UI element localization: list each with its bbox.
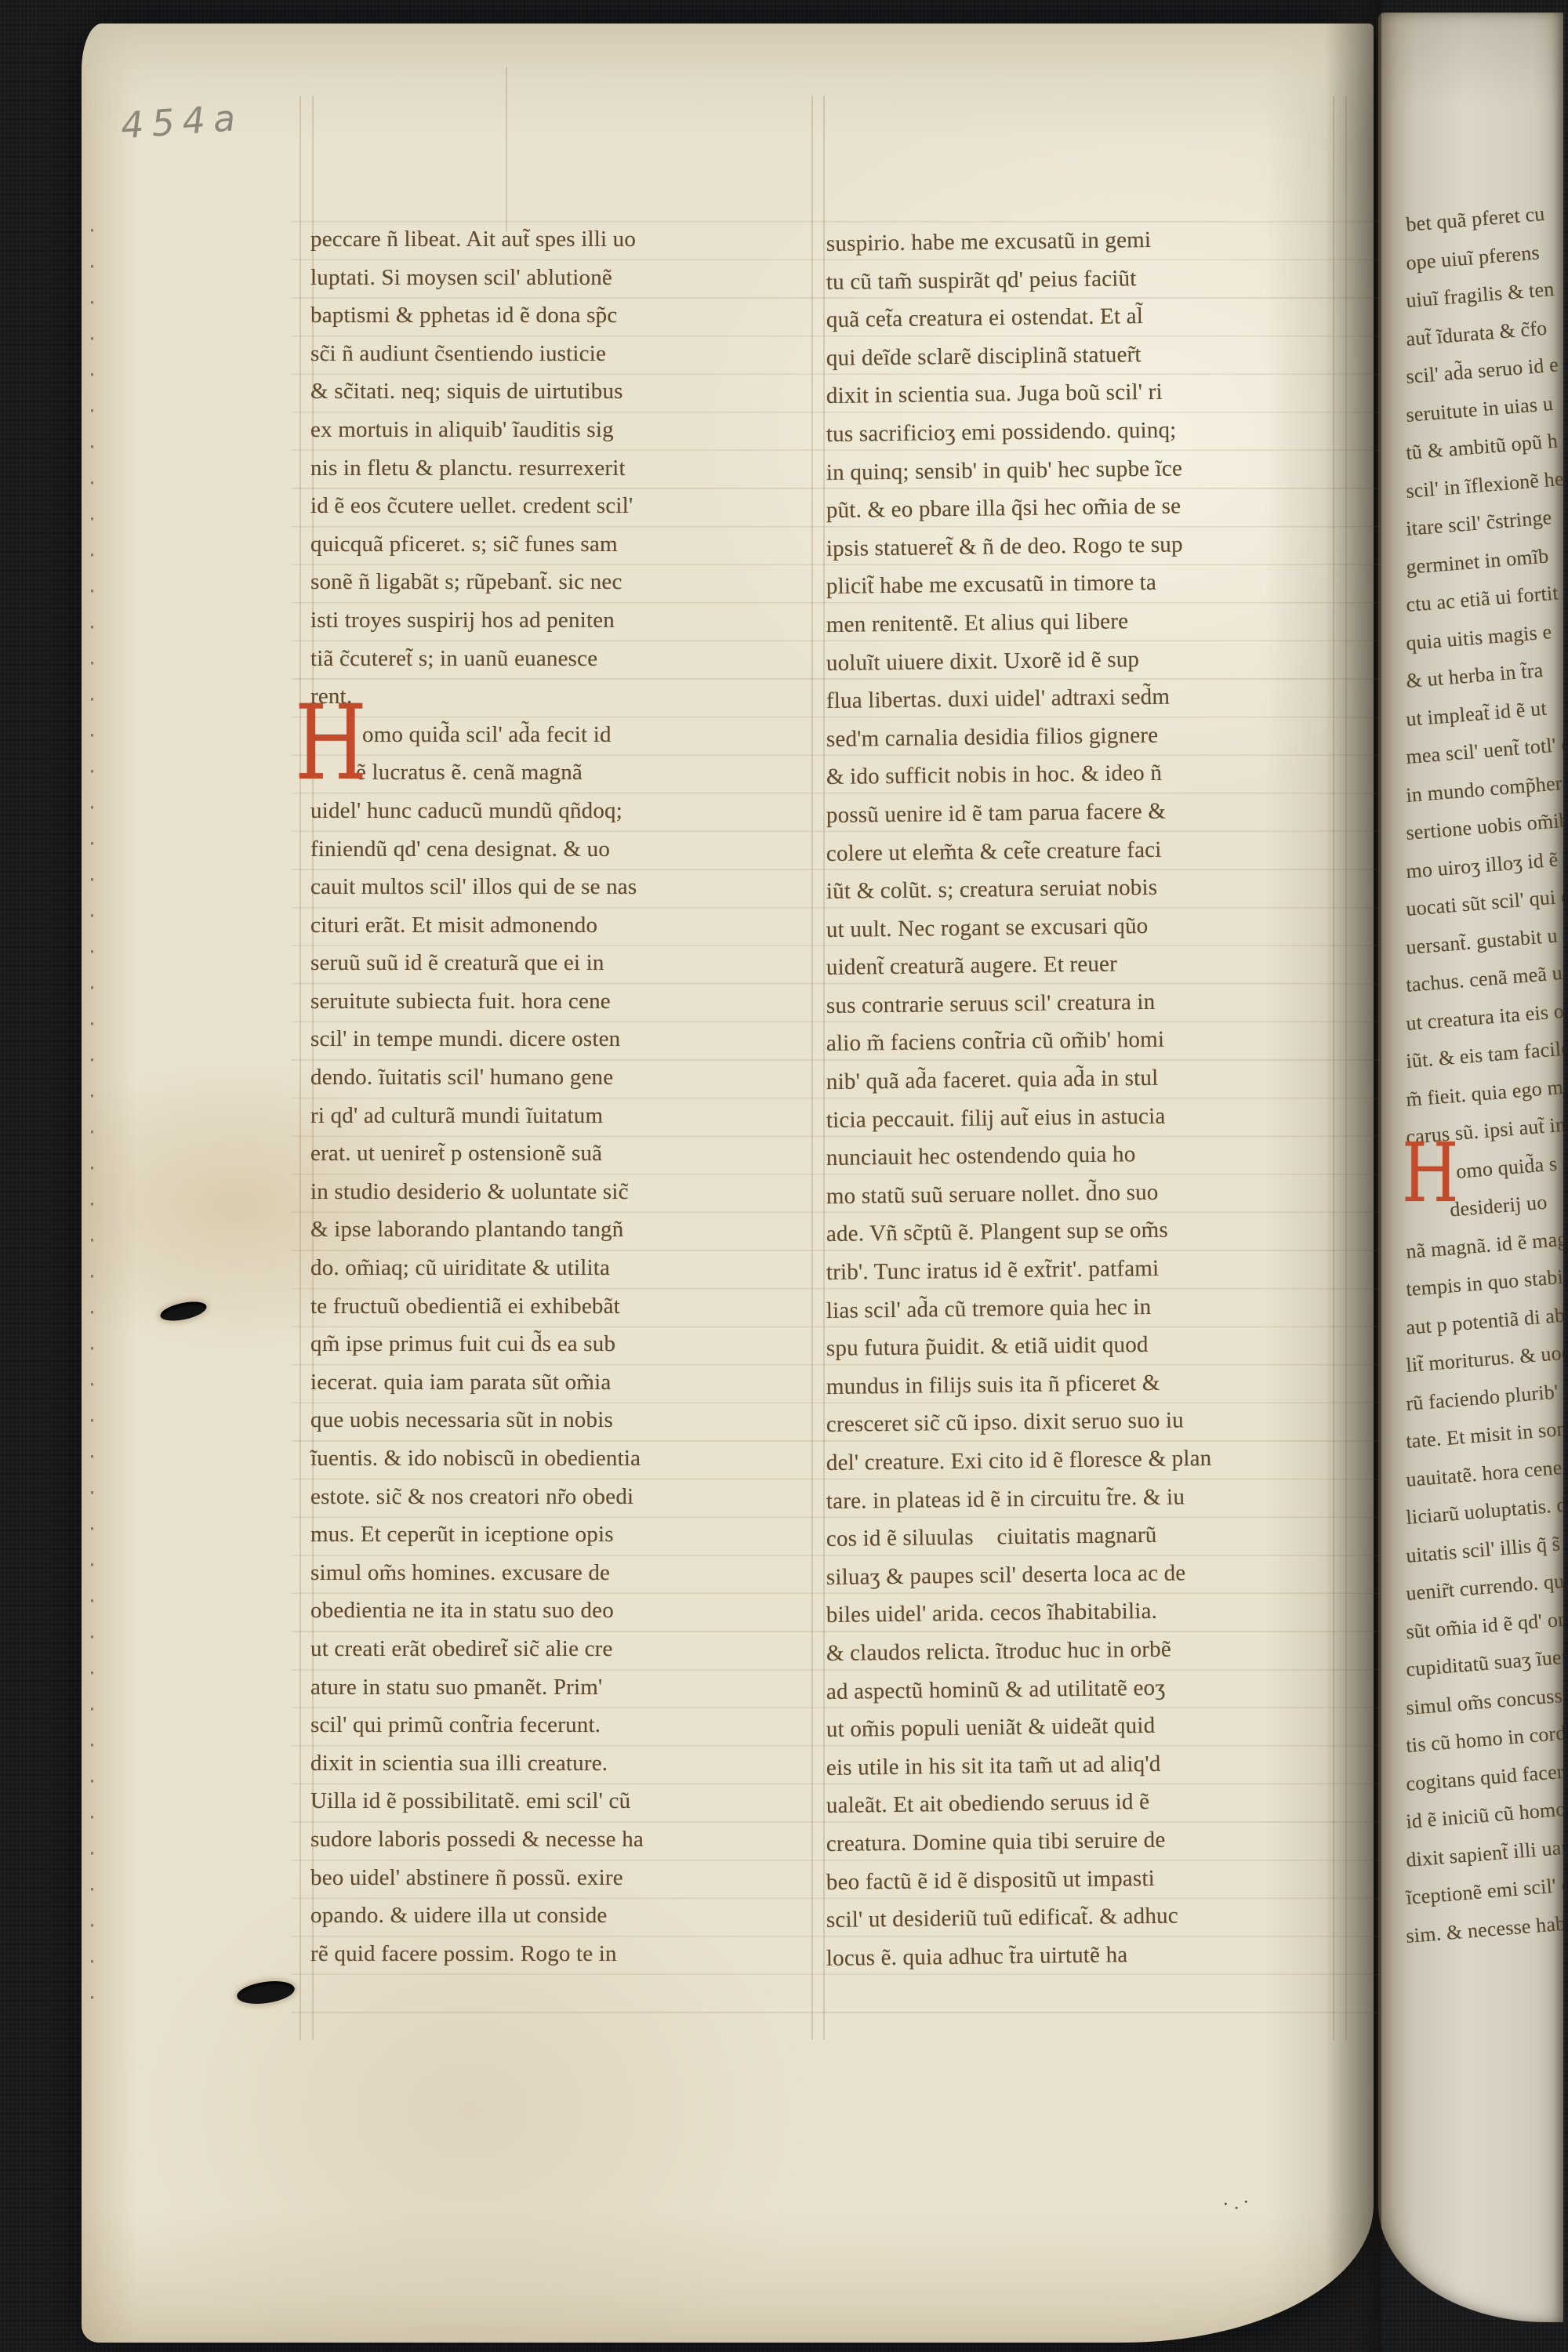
manuscript-line: siluaʒ & paupes scil' deserta loca ac de [826, 1553, 1348, 1598]
manuscript-line: & claudos relicta. ĩtroduc huc in orbẽ [826, 1629, 1348, 1674]
manuscript-line: quicquã pficeret. s; sic̃ funes sam [310, 526, 828, 564]
shelfmark: 454a [119, 96, 244, 147]
manuscript-line: uoluĩt uiuere dixit. Uxorẽ id ẽ sup [826, 638, 1348, 683]
manuscript-line: cauit multos scil' illos qui de se nas [310, 869, 828, 907]
manuscript-line: locus ẽ. quia adhuc t̃ra uirtutẽ ha [826, 1934, 1348, 1979]
manuscript-line: peccare ñ libeat. Ait aut̃ spes illi uo [310, 221, 828, 260]
manuscript-line: sed'm carnalia desidia filios gignere [826, 715, 1348, 760]
text-column-left: peccare ñ libeat. Ait aut̃ spes illi uol… [310, 221, 828, 1973]
manuscript-line: nib' quã ad̃a faceret. quia ad̃a in stul [826, 1058, 1348, 1102]
manuscript-line: alio m̃ faciens cont̃ria cũ om̃ib' homi [826, 1019, 1348, 1064]
rubricated-initial-H-facing: H [1402, 1138, 1459, 1207]
manuscript-line: ticia peccauit. filij aut̃ eius in astuc… [826, 1096, 1348, 1141]
manuscript-line: que uobis necessaria sũt in nobis [310, 1402, 828, 1440]
manuscript-line: creatura. Domine quia tibi seruire de [826, 1820, 1348, 1864]
manuscript-line: biles uidel' arida. cecos ĩhabitabilia. [826, 1591, 1348, 1635]
manuscript-line: scil' ut desideriũ tuũ edificat̃. & adhu… [826, 1896, 1348, 1940]
facing-page-edge: bet quã pferet cuope uiuĩ pferensuiuĩ fr… [1378, 13, 1563, 2322]
manuscript-line: ut creati erãt obediret̃ sic̃ alie cre [310, 1631, 828, 1669]
rubricated-initial-H: H [295, 699, 367, 787]
manuscript-line: men renitentẽ. Et alius qui libere [826, 601, 1348, 645]
manuscript-line: ad aspectũ hominũ & ad utilitatẽ eoʒ [826, 1667, 1348, 1711]
manuscript-line: nis in fletu & planctu. resurrexerit [310, 450, 828, 488]
manuscript-line: flua libertas. duxi uidel' adtraxi sed̃m [826, 677, 1348, 721]
manuscript-line: ĩuentis. & ido nobiscũ in obedientia [310, 1440, 828, 1479]
manuscript-line: tus sacrificioʒ emi possidendo. quinq; [826, 410, 1348, 455]
manuscript-line: seruũ suũ id ẽ creaturã que ei in [310, 945, 828, 983]
manuscript-line: ipsis statueret̃ & ñ de deo. Rogo te sup [826, 524, 1348, 569]
ruling-vertical [299, 96, 301, 2040]
manuscript-line: in studio desiderio & uoluntate sic̃ [310, 1174, 828, 1212]
manuscript-line: scil' qui primũ cont̃ria fecerunt. [310, 1707, 828, 1745]
manuscript-line: tare. in plateas id ẽ in circuitu t̃re. … [826, 1476, 1348, 1521]
manuscript-line: ex mortuis in aliquib' ĩauditis sig [310, 412, 828, 450]
parchment-hole [235, 1978, 296, 2007]
manuscript-line: isti troyes suspirij hos ad peniten [310, 602, 828, 641]
manuscript-line: opando. & uidere illa ut conside [310, 1897, 828, 1936]
manuscript-line: do. om̃iaq; cũ uiriditate & utilita [310, 1250, 828, 1288]
manuscript-line: iũt & colũt. s; creatura seruiat nobis [826, 867, 1348, 912]
manuscript-line: & ido sufficit nobis in hoc. & ideo ñ [826, 753, 1348, 797]
manuscript-line: pũt. & eo pbare illa q̃si hec om̃ia de s… [826, 486, 1348, 531]
manuscript-line: estote. sic̃ & nos creatori nr̃o obedi [310, 1479, 828, 1517]
manuscript-line: del' creature. Exi cito id ẽ floresce & … [826, 1439, 1348, 1483]
manuscript-line: erat. ut ueniret̃ p ostensionẽ suã [310, 1135, 828, 1174]
manuscript-line: lias scil' ad̃a cũ tremore quia hec in [826, 1287, 1348, 1331]
manuscript-line: Uilla id ẽ possibilitatẽ. emi scil' cũ [310, 1783, 828, 1821]
manuscript-line: te fructuũ obedientiã ei exhibebãt [310, 1288, 828, 1327]
manuscript-line: ut om̃is populi ueniãt & uideãt quid [826, 1705, 1348, 1750]
manuscript-line: & sc̃itati. neq; siquis de uirtutibus [310, 373, 828, 412]
ruling-vertical [506, 67, 507, 232]
manuscript-line: qm̃ ipse primus fuit cui d̃s ea sub [310, 1326, 828, 1364]
manuscript-line: cresceret sic̃ cũ ipso. dixit seruo suo … [826, 1400, 1348, 1445]
manuscript-line: cituri erãt. Et misit admonendo [310, 907, 828, 946]
manuscript-line: luptati. Si moysen scil' ablutionẽ [310, 260, 828, 298]
manuscript-line: tiã c̃cuteret̃ s; in uanũ euanesce [310, 641, 828, 679]
manuscript-line: eis utile in his sit ita tam̃ ut ad aliq… [826, 1744, 1348, 1788]
manuscript-line: scil' in tempe mundi. dicere osten [310, 1021, 828, 1059]
manuscript-line: ualeãt. Et ait obediendo seruus id ẽ [826, 1781, 1348, 1826]
manuscript-line: ẽ lucratus ẽ. cenã magnã [310, 754, 828, 793]
manuscript-page: 454a peccare ñ libeat. Ait aut̃ spes ill… [82, 24, 1374, 2343]
manuscript-line: dixit in scientia sua. Juga boũ scil' ri [826, 372, 1348, 416]
manuscript-line: quã cet̃a creatura ei ostendat. Et al̃ [826, 296, 1348, 340]
photo-background: 454a peccare ñ libeat. Ait aut̃ spes ill… [0, 0, 1568, 2352]
manuscript-line: dendo. ĩuitatis scil' humano gene [310, 1059, 828, 1098]
manuscript-line: omo quid̃a scil' ad̃a fecit id [310, 717, 828, 755]
manuscript-line: tu cũ tam̃ suspirãt qd' peius faciũt [826, 257, 1348, 302]
manuscript-line: sc̃i ñ audiunt c̃sentiendo iusticie [310, 336, 828, 374]
manuscript-line: mo statũ suũ seruare nollet. d̃no suo [826, 1172, 1348, 1217]
manuscript-line: sudore laboris possedi & necesse ha [310, 1821, 828, 1860]
manuscript-line: & ipse laborando plantando tangñ [310, 1211, 828, 1250]
manuscript-line: dixit in scientia sua illi creature. [310, 1745, 828, 1784]
manuscript-line: suspirio. habe me excusatũ in gemi [826, 220, 1348, 264]
manuscript-line: ri qd' ad culturã mundi ĩuitatum [310, 1098, 828, 1136]
manuscript-line: id ẽ eos c̃cutere uellet. credent scil' [310, 488, 828, 526]
manuscript-line: seruitute subiecta fuit. hora cene [310, 983, 828, 1022]
manuscript-line: rent. [310, 678, 828, 717]
prick-marks [91, 229, 93, 2024]
ink-specks: ·.· [1222, 2192, 1254, 2215]
manuscript-line: finiendũ qd' cena designat. & uo [310, 831, 828, 869]
manuscript-line: mus. Et ceperũt in iceptione opis [310, 1516, 828, 1555]
manuscript-line: ut uult. Nec rogant se excusari qũo [826, 906, 1348, 950]
manuscript-line: sonẽ ñ ligabãt s; rũpebant̃. sic nec [310, 564, 828, 602]
manuscript-line: beo uidel' abstinere ñ possũ. exire [310, 1860, 828, 1898]
manuscript-line: ade. Vñ sc̃ptũ ẽ. Plangent sup se om̃s [826, 1210, 1348, 1254]
text-column-right: suspirio. habe me excusatũ in gemitu cũ … [826, 226, 1347, 1978]
manuscript-line: obedientia ne ita in statu suo deo [310, 1592, 828, 1631]
manuscript-line: spu futura p̃uidit. & etiã uidit quod [826, 1324, 1348, 1369]
manuscript-line: nunciauit hec ostendendo quia ho [826, 1134, 1348, 1178]
manuscript-line: mundus in filijs suis ita ñ pficeret & [826, 1363, 1348, 1407]
manuscript-line: simul om̃s homines. excusare de [310, 1555, 828, 1593]
manuscript-line: beo factũ ẽ id ẽ dispositũ ut impasti [826, 1857, 1348, 1902]
manuscript-line: rẽ quid facere possim. Rogo te in [310, 1936, 828, 1974]
manuscript-line: iecerat. quia iam parata sũt om̃ia [310, 1364, 828, 1403]
manuscript-line: cos id ẽ siluulas ciuitatis magnarũ [826, 1515, 1348, 1559]
facing-text-column: bet quã pferet cuope uiuĩ pferensuiuĩ fr… [1406, 207, 1563, 1956]
manuscript-line: qui deĩde sclarẽ disciplinã statuer̃t [826, 334, 1348, 379]
manuscript-line: plicit̃ habe me excusatũ in timore ta [826, 562, 1348, 607]
parchment-hole [158, 1298, 208, 1324]
manuscript-line: possũ uenire id ẽ tam parua facere & [826, 791, 1348, 836]
manuscript-line: colere ut elem̃ta & cet̃e creature faci [826, 829, 1348, 873]
manuscript-line: uidel' hunc caducũ mundũ qñdoq; [310, 793, 828, 831]
manuscript-line: sus contrarie seruus scil' creatura in [826, 982, 1348, 1026]
manuscript-line: uident̃ creaturã augere. Et reuer [826, 943, 1348, 988]
manuscript-line: trib'. Tunc iratus id ẽ ext̃rit'. patfam… [826, 1248, 1348, 1293]
manuscript-line: in quinq; sensib' in quib' hec supbe ĩce [826, 448, 1348, 492]
manuscript-line: ature in statu suo pmanẽt. Prim' [310, 1669, 828, 1708]
manuscript-line: baptismi & pphetas id ẽ dona sp̃c [310, 297, 828, 336]
